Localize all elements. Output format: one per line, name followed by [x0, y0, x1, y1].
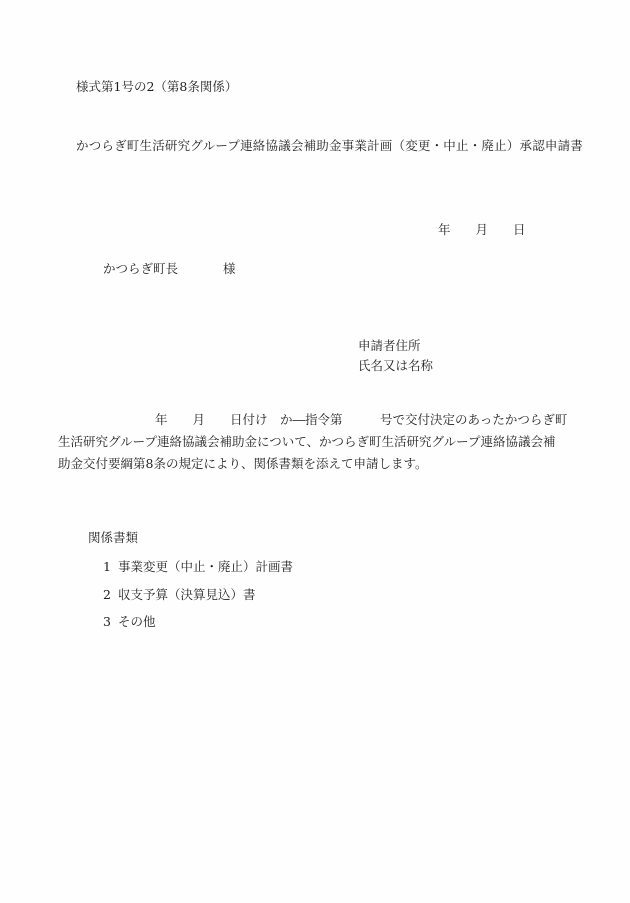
- attachment-item-number: 3: [103, 616, 111, 629]
- addressee-line: かつらぎ町長様: [103, 263, 236, 276]
- attachment-item-number: 2: [103, 589, 111, 602]
- attachment-item: 3その他: [103, 616, 155, 629]
- attachment-item-text: その他: [118, 614, 156, 629]
- attachments-heading: 関係書類: [88, 532, 138, 545]
- attachment-item: 1事業変更（中止・廃止）計画書: [103, 561, 293, 574]
- attachment-item-text: 収支予算（決算見込）書: [118, 587, 256, 602]
- body-line-3: 助金交付要綱第8条の規定により、関係書類を添えて申請します。: [58, 458, 573, 480]
- addressee-honorific: 様: [223, 261, 236, 276]
- form-number: 様式第1号の2（第8条関係）: [76, 81, 237, 94]
- applicant-address-label: 申請者住所: [358, 340, 433, 360]
- body-paragraph: 年 月 日付け か―指令第 号で交付決定のあったかつらぎ町 生活研究グループ連絡…: [58, 414, 573, 480]
- attachment-item-number: 1: [103, 561, 111, 574]
- document-page: 様式第1号の2（第8条関係） かつらぎ町生活研究グループ連絡協議会補助金事業計画…: [0, 0, 630, 903]
- body-line-2: 生活研究グループ連絡協議会補助金について、かつらぎ町生活研究グループ連絡協議会補: [58, 436, 573, 458]
- attachment-item-text: 事業変更（中止・廃止）計画書: [118, 559, 293, 574]
- attachment-item: 2収支予算（決算見込）書: [103, 589, 255, 602]
- document-title: かつらぎ町生活研究グループ連絡協議会補助金事業計画（変更・中止・廃止）承認申請書: [76, 140, 583, 153]
- addressee-name: かつらぎ町長: [103, 261, 178, 276]
- applicant-block: 申請者住所 氏名又は名称: [358, 340, 433, 380]
- date-line: 年 月 日: [438, 224, 526, 237]
- body-line-1: 年 月 日付け か―指令第 号で交付決定のあったかつらぎ町: [58, 414, 573, 436]
- applicant-name-label: 氏名又は名称: [358, 360, 433, 380]
